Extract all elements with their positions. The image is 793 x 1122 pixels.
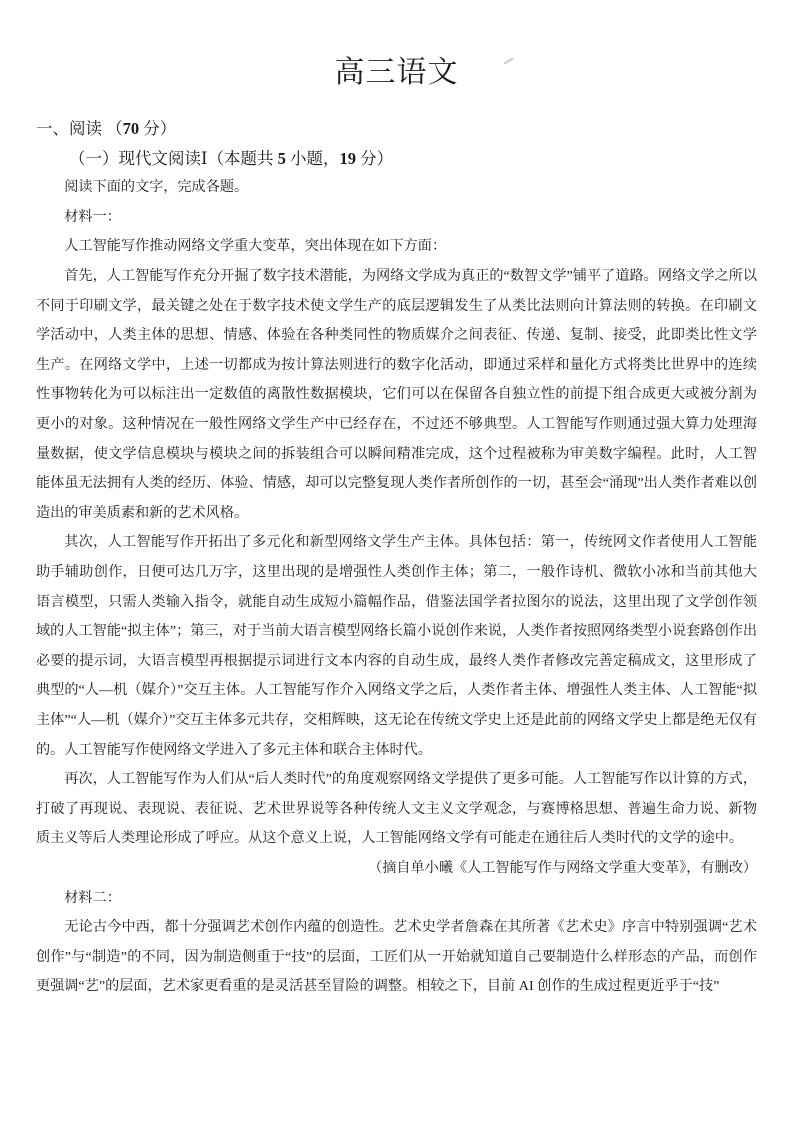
heading-text: （一）现代文阅读Ⅰ（本题共 — [69, 149, 278, 168]
page-content: 高三语文 一、阅读 （70 分） （一）现代文阅读Ⅰ（本题共 5 小题，19 分… — [36, 0, 757, 1002]
body-paragraph: 再次，人工智能写作为人们从“后人类时代”的角度观察网络文学提供了更多可能。人工智… — [36, 765, 757, 854]
heading-text: 分） — [139, 119, 176, 138]
heading-number: 19 — [340, 149, 357, 168]
material-one-attribution: （摘自单小曦《人工智能写作与网络文学重大变革》，有删改） — [36, 854, 757, 884]
heading-text: 分） — [356, 149, 393, 168]
material-two-label: 材料二： — [36, 884, 757, 914]
material-one-label: 材料一： — [36, 203, 757, 233]
material-two-paragraphs: 无论古今中西，都十分强调艺术创作内蕴的创造性。艺术史学者詹森在其所著《艺术史》序… — [36, 913, 757, 1002]
body-paragraph: 其次，人工智能写作开拓出了多元化和新型网络文学生产主体。具体包括：第一，传统网文… — [36, 528, 757, 765]
body-paragraph: 首先，人工智能写作充分开掘了数字技术潜能，为网络文学成为真正的“数智文学”铺平了… — [36, 262, 757, 528]
heading-number: 5 — [278, 149, 286, 168]
section-heading-reading: 一、阅读 （70 分） — [36, 114, 757, 144]
subsection-heading-modern-text-reading: （一）现代文阅读Ⅰ（本题共 5 小题，19 分） — [36, 144, 757, 174]
heading-number: 70 — [123, 119, 140, 138]
material-one-paragraphs: 人工智能写作推动网络文学重大变革，突出体现在如下方面：首先，人工智能写作充分开掘… — [36, 232, 757, 853]
instruction-text: 阅读下面的文字，完成各题。 — [36, 173, 757, 203]
heading-text: 一、阅读 （ — [36, 119, 123, 138]
body-paragraph: 人工智能写作推动网络文学重大变革，突出体现在如下方面： — [36, 232, 757, 262]
document-page: 高三语文 一、阅读 （70 分） （一）现代文阅读Ⅰ（本题共 5 小题，19 分… — [0, 0, 793, 1122]
body-paragraph: 无论古今中西，都十分强调艺术创作内蕴的创造性。艺术史学者詹森在其所著《艺术史》序… — [36, 913, 757, 1002]
heading-text: 小题， — [286, 149, 340, 168]
page-title: 高三语文 — [36, 52, 757, 94]
